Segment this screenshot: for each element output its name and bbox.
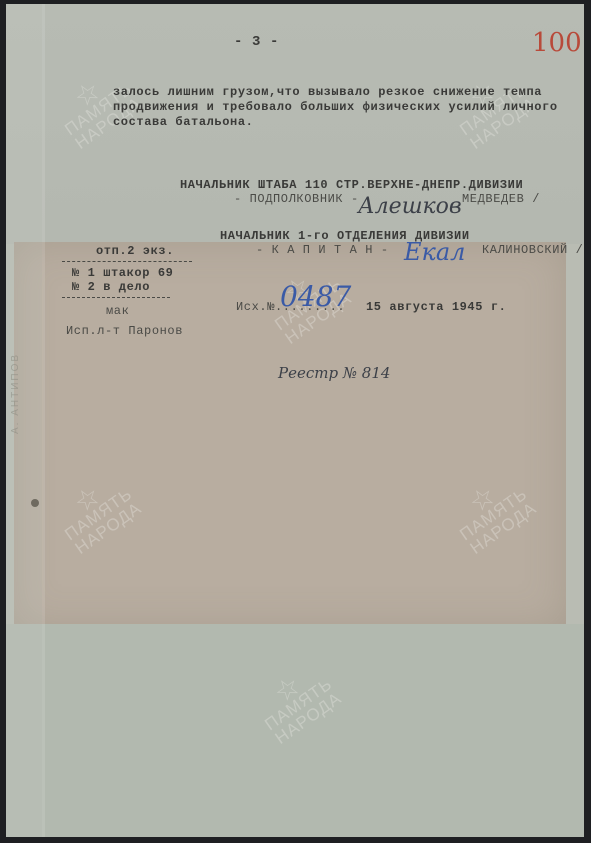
archive-sheet-number: 100 xyxy=(532,28,582,58)
margin-text: А. АНТИПОВ xyxy=(10,353,21,434)
chief-of-staff-rank: - ПОДПОЛКОВНИК - xyxy=(234,192,359,206)
outgoing-number-handwritten: 0487 xyxy=(280,280,351,313)
registry-note: Реестр № 814 xyxy=(278,364,390,382)
body-text-line-1: залось лишним грузом,что вызывало резкое… xyxy=(113,85,542,99)
chief-of-staff-signature: Алешков xyxy=(358,194,462,219)
section-chief-rank: - К А П И Т А Н - xyxy=(256,243,389,257)
copies-count: отп.2 экз. xyxy=(96,244,174,258)
binding-hole xyxy=(31,499,39,507)
page-number: - 3 - xyxy=(234,34,279,50)
typist-initials: мак xyxy=(106,304,129,318)
divider xyxy=(62,261,192,262)
executor: Исп.л-т Паронов xyxy=(66,324,183,338)
body-text-line-2: продвижения и требовало больших физическ… xyxy=(113,100,558,114)
copy-2-recipient: № 2 в дело xyxy=(72,280,150,294)
fold-line xyxy=(42,4,45,837)
chief-of-staff-title: НАЧАЛЬНИК ШТАБА 110 СТР.ВЕРХНЕ-ДНЕПР.ДИВ… xyxy=(180,178,523,192)
divider xyxy=(62,297,170,298)
body-text-line-3: состава батальона. xyxy=(113,115,253,129)
section-chief-name: КАЛИНОВСКИЙ / xyxy=(482,243,583,257)
chief-of-staff-name: МЕДВЕДЕВ / xyxy=(462,192,540,206)
copy-1-recipient: № 1 штакор 69 xyxy=(72,266,173,280)
document-date: 15 августа 1945 г. xyxy=(366,300,506,314)
document-sheet: А. АНТИПОВ ☆ ПАМЯТЬ НАРОДА ☆ ПАМЯТЬ НАРО… xyxy=(6,4,584,837)
section-chief-signature: Екал xyxy=(404,238,465,266)
